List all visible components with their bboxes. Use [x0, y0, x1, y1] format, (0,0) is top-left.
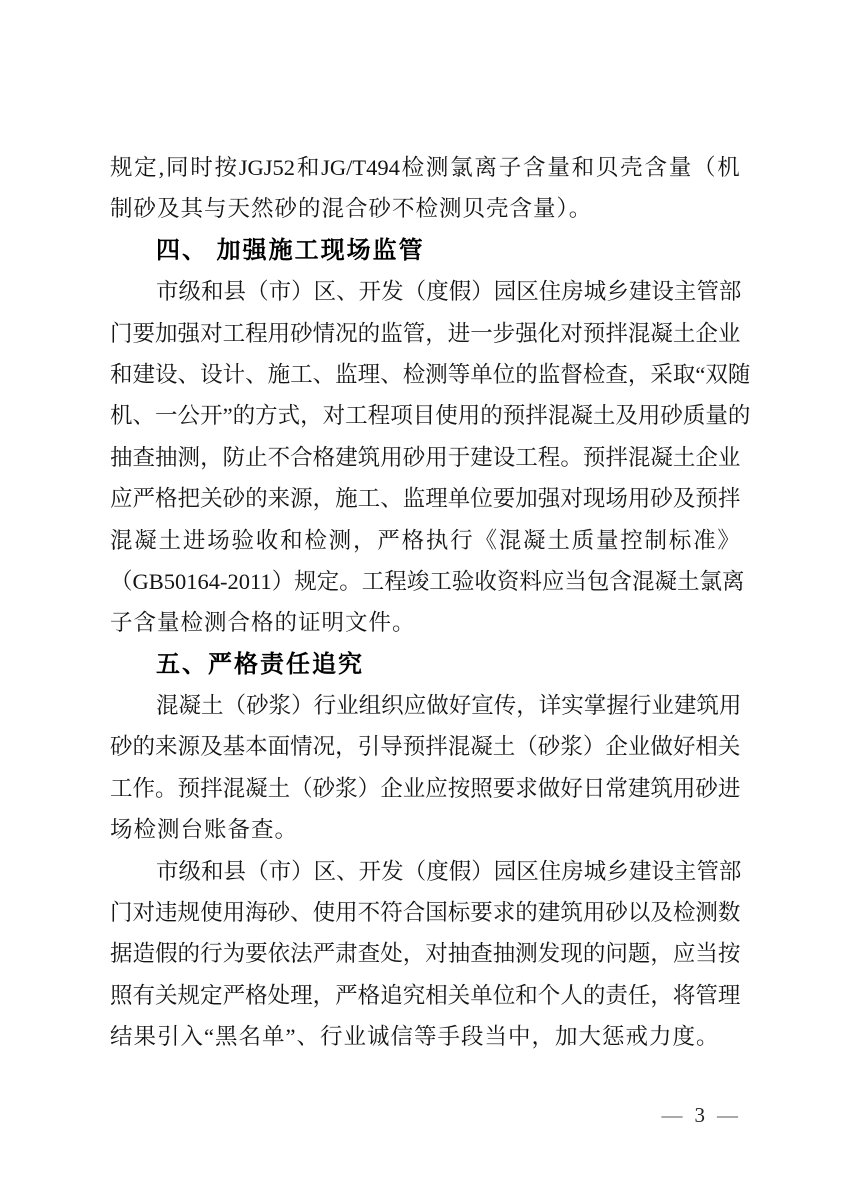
section-heading: 四、 加强施工现场监管 — [110, 230, 740, 271]
section-heading: 五、严格责任追究 — [110, 644, 740, 685]
text-line: 机、一公开”的方式，对工程项目使用的预拌混凝土及用砂质量的 — [110, 395, 740, 436]
text-line: 制砂及其与天然砂的混合砂不检测贝壳含量）。 — [110, 188, 740, 229]
text-line: 市级和县（市）区、开发（度假）园区住房城乡建设主管部 — [110, 851, 740, 892]
text-line: 门要加强对工程用砂情况的监管，进一步强化对预拌混凝土企业 — [110, 313, 740, 354]
text-line: 子含量检测合格的证明文件。 — [110, 602, 740, 643]
text-line: 混凝土（砂浆）行业组织应做好宣传，详实掌握行业建筑用 — [110, 685, 740, 726]
text-line: 照有关规定严格处理，严格追究相关单位和个人的责任，将管理 — [110, 975, 740, 1016]
document-body: 规定,同时按JGJ52和JG/T494检测氯离子含量和贝壳含量（机制砂及其与天然… — [110, 147, 740, 1058]
text-line: 场检测台账备查。 — [110, 809, 740, 850]
text-line: 工作。预拌混凝土（砂浆）企业应按照要求做好日常建筑用砂进 — [110, 768, 740, 809]
text-line: 据造假的行为要依法严肃查处，对抽查抽测发现的问题，应当按 — [110, 933, 740, 974]
text-line: 混凝土进场验收和检测，严格执行《混凝土质量控制标准》 — [110, 520, 740, 561]
text-line: 结果引入“黑名单”、行业诚信等手段当中，加大惩戒力度。 — [110, 1016, 740, 1057]
text-line: 规定,同时按JGJ52和JG/T494检测氯离子含量和贝壳含量（机 — [110, 147, 740, 188]
text-line: （GB50164-2011）规定。工程竣工验收资料应当包含混凝土氯离 — [110, 561, 740, 602]
page-footer: — 3 — — [662, 1103, 739, 1128]
text-line: 门对违规使用海砂、使用不符合国标要求的建筑用砂以及检测数 — [110, 892, 740, 933]
text-line: 抽查抽测，防止不合格建筑用砂用于建设工程。预拌混凝土企业 — [110, 437, 740, 478]
footer-right-dash: — — [717, 1103, 738, 1128]
page-number: 3 — [695, 1103, 706, 1128]
document-page: 规定,同时按JGJ52和JG/T494检测氯离子含量和贝壳含量（机制砂及其与天然… — [0, 0, 849, 1200]
text-line: 和建设、设计、施工、监理、检测等单位的监督检查，采取“双随 — [110, 354, 740, 395]
footer-left-dash: — — [662, 1103, 683, 1128]
text-line: 砂的来源及基本面情况，引导预拌混凝土（砂浆）企业做好相关 — [110, 726, 740, 767]
text-line: 市级和县（市）区、开发（度假）园区住房城乡建设主管部 — [110, 271, 740, 312]
text-line: 应严格把关砂的来源，施工、监理单位要加强对现场用砂及预拌 — [110, 478, 740, 519]
